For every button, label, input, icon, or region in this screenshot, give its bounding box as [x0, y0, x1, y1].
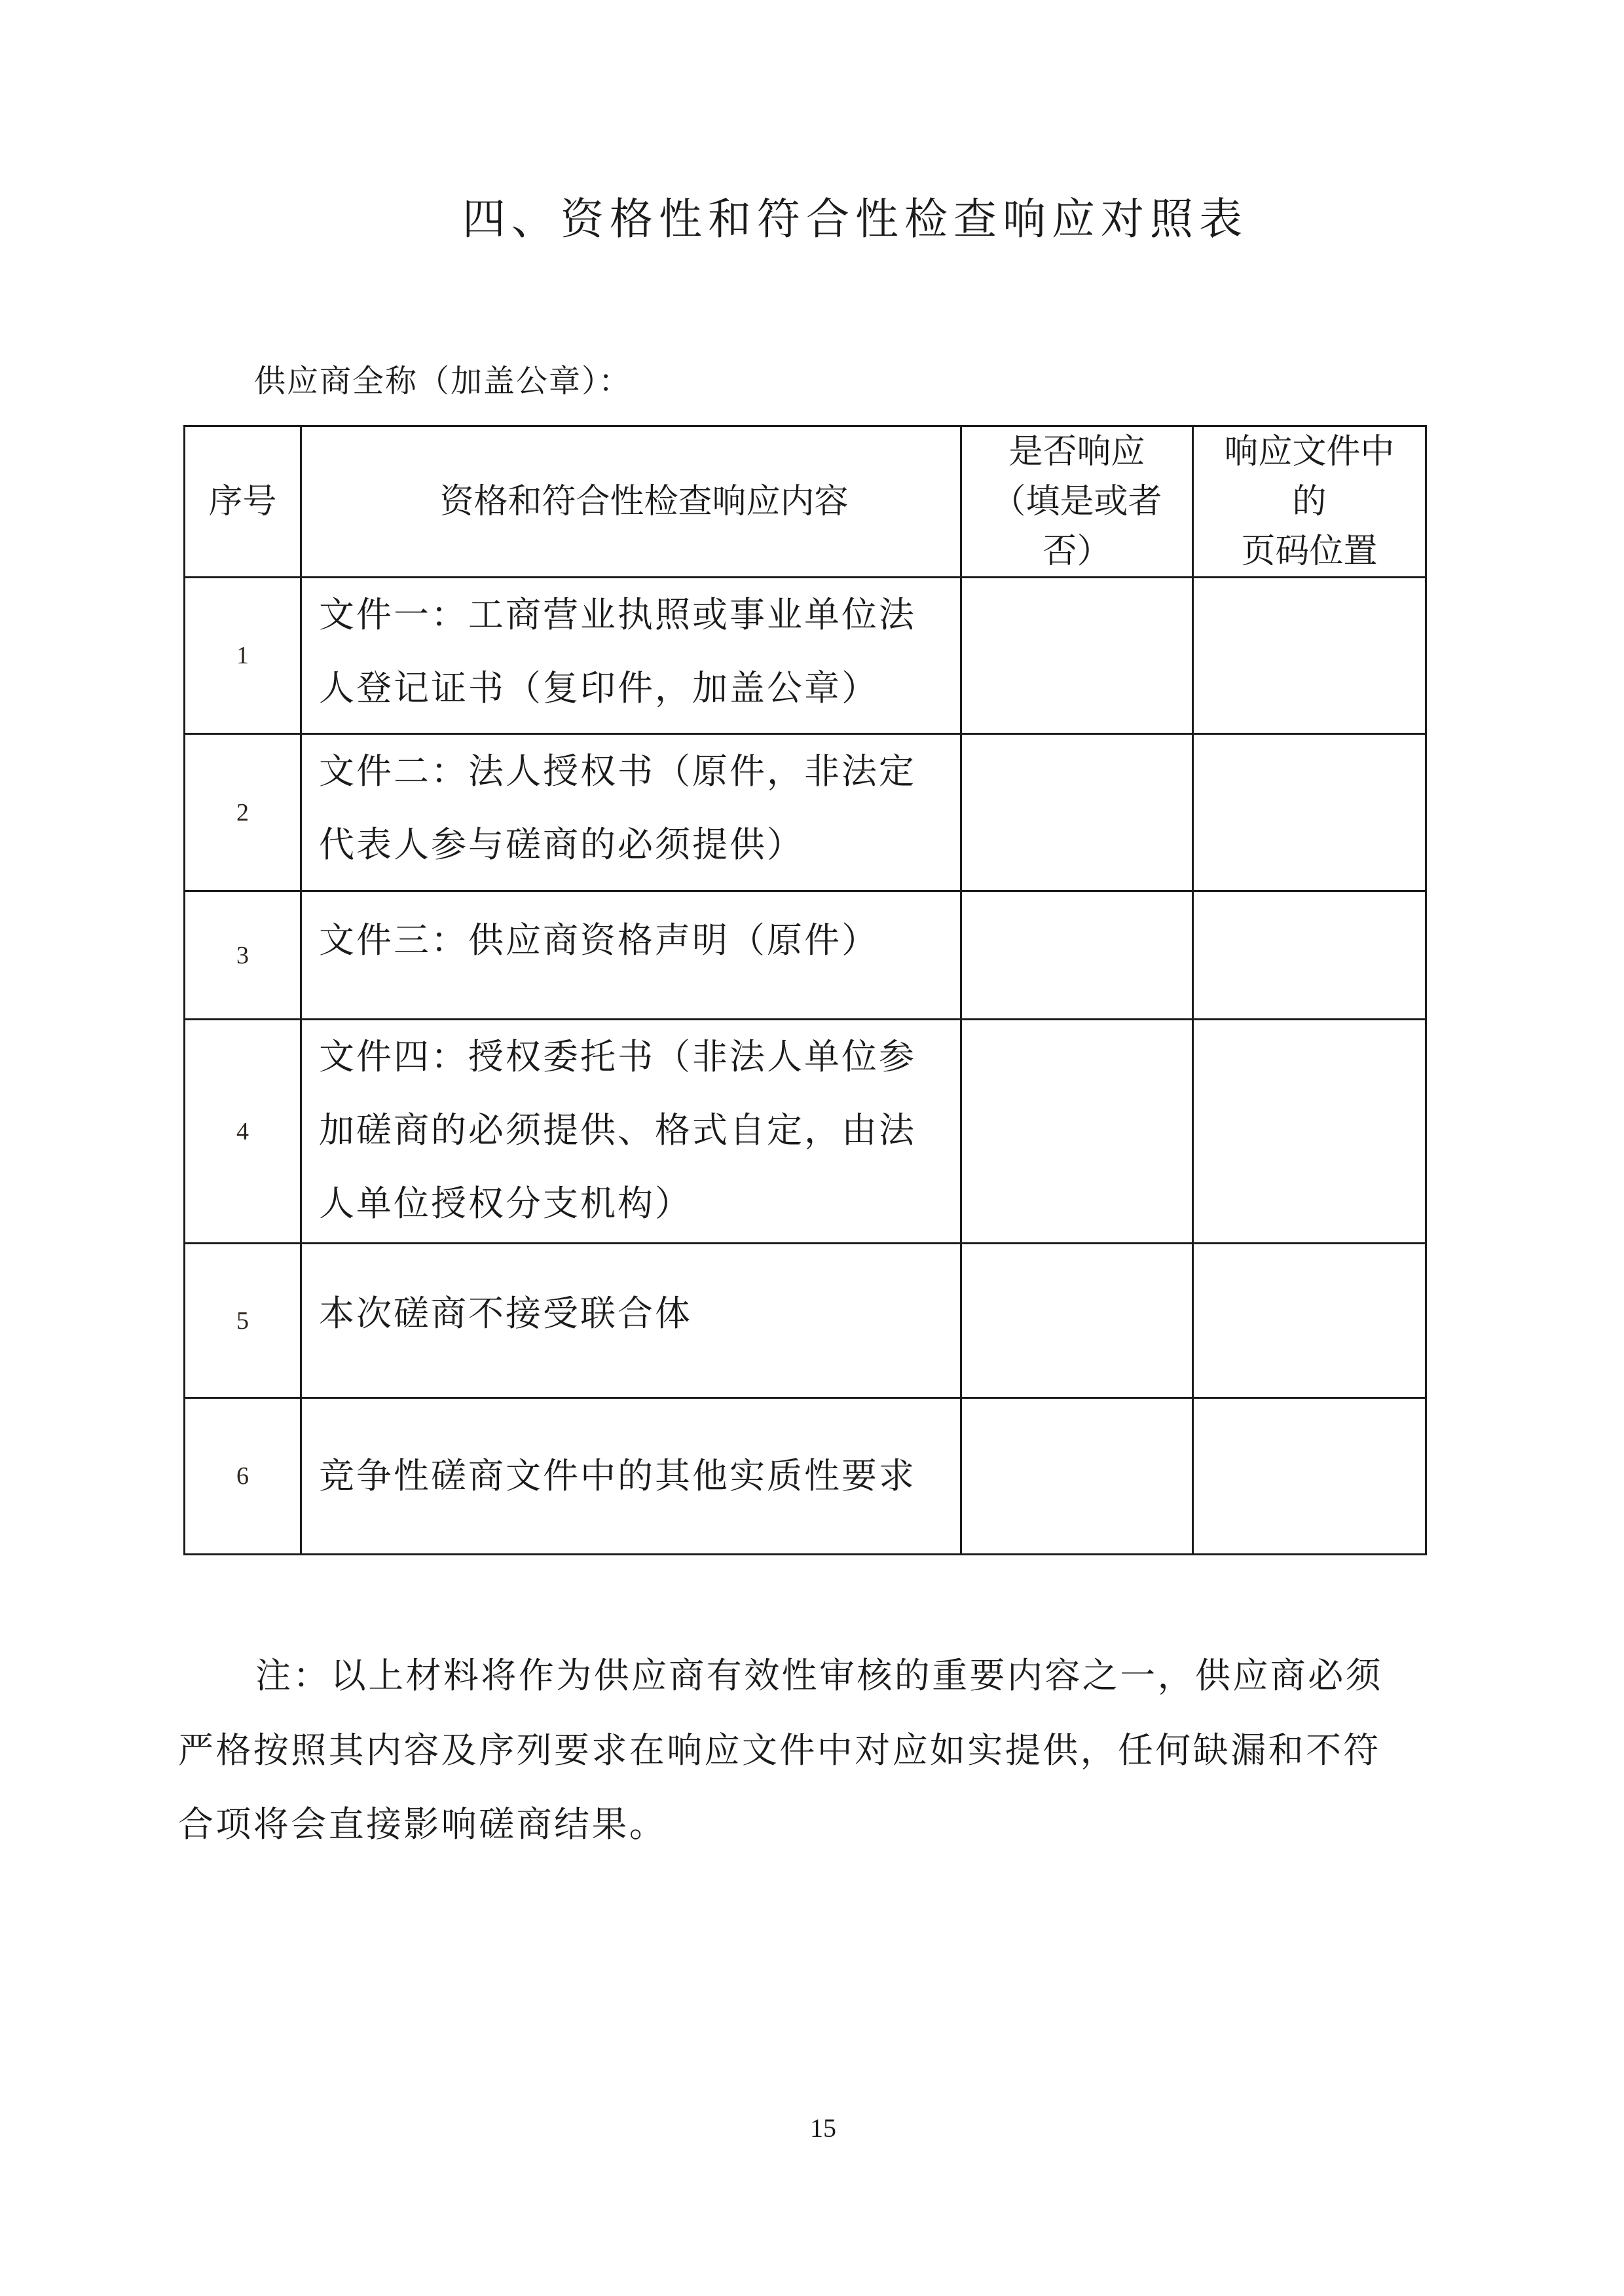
note-paragraph: 注：以上材料将作为供应商有效性审核的重要内容之一，供应商必须 严格按照其内容及序…: [178, 1639, 1422, 1862]
header-response: 是否响应 （填是或者 否）: [961, 426, 1193, 578]
row-content: 文件四：授权委托书（非法人单位参 加磋商的必须提供、格式自定，由法 人单位授权分…: [301, 1020, 961, 1244]
supplier-name-label: 供应商全称（加盖公章）：: [254, 361, 631, 401]
row-seq: 2: [185, 734, 301, 891]
header-response-line: 否）: [962, 527, 1192, 576]
row-page-cell[interactable]: [1193, 1020, 1426, 1244]
table-row: 5 本次磋商不接受联合体: [185, 1244, 1426, 1398]
header-seq: 序号: [185, 426, 301, 578]
row-response-cell[interactable]: [961, 891, 1193, 1020]
header-page-line: 响应文件中: [1194, 427, 1425, 477]
page-number: 15: [0, 2115, 1624, 2141]
row-response-cell[interactable]: [961, 1020, 1193, 1244]
content-line: 文件四：授权委托书（非法人单位参: [319, 1020, 952, 1094]
header-page-line: 的: [1194, 477, 1425, 527]
table-row: 4 文件四：授权委托书（非法人单位参 加磋商的必须提供、格式自定，由法 人单位授…: [185, 1020, 1426, 1244]
table-header-row: 序号 资格和符合性检查响应内容 是否响应 （填是或者 否） 响应文件中 的 页码…: [185, 426, 1426, 578]
row-response-cell[interactable]: [961, 578, 1193, 734]
row-seq: 5: [185, 1244, 301, 1398]
row-seq: 1: [185, 578, 301, 734]
header-page-line: 页码位置: [1194, 527, 1425, 576]
header-response-line: 是否响应: [962, 427, 1192, 477]
row-page-cell[interactable]: [1193, 891, 1426, 1020]
header-response-line: （填是或者: [962, 477, 1192, 527]
note-line: 严格按照其内容及序列要求在响应文件中对应如实提供，任何缺漏和不符: [178, 1713, 1422, 1788]
note-line: 注：以上材料将作为供应商有效性审核的重要内容之一，供应商必须: [178, 1639, 1422, 1713]
row-content: 文件三：供应商资格声明（原件）: [301, 891, 961, 1020]
row-response-cell[interactable]: [961, 1244, 1193, 1398]
content-line: 代表人参与磋商的必须提供）: [319, 808, 952, 881]
table-row: 3 文件三：供应商资格声明（原件）: [185, 891, 1426, 1020]
page-title: 四、资格性和符合性检查响应对照表: [0, 194, 1624, 245]
compliance-check-table: 序号 资格和符合性检查响应内容 是否响应 （填是或者 否） 响应文件中 的 页码…: [183, 425, 1427, 1555]
row-content: 文件二：法人授权书（原件，非法定 代表人参与磋商的必须提供）: [301, 734, 961, 891]
table-row: 2 文件二：法人授权书（原件，非法定 代表人参与磋商的必须提供）: [185, 734, 1426, 891]
content-line: 人单位授权分支机构）: [319, 1167, 952, 1240]
table-row: 6 竞争性磋商文件中的其他实质性要求: [185, 1398, 1426, 1555]
row-page-cell[interactable]: [1193, 1244, 1426, 1398]
row-seq: 3: [185, 891, 301, 1020]
row-response-cell[interactable]: [961, 1398, 1193, 1555]
content-line: 加磋商的必须提供、格式自定，由法: [319, 1094, 952, 1167]
table-row: 1 文件一：工商营业执照或事业单位法 人登记证书（复印件，加盖公章）: [185, 578, 1426, 734]
row-page-cell[interactable]: [1193, 1398, 1426, 1555]
content-line: 本次磋商不接受联合体: [319, 1277, 952, 1350]
row-content: 竞争性磋商文件中的其他实质性要求: [301, 1398, 961, 1555]
row-content: 文件一：工商营业执照或事业单位法 人登记证书（复印件，加盖公章）: [301, 578, 961, 734]
content-line: 文件三：供应商资格声明（原件）: [319, 904, 952, 977]
row-page-cell[interactable]: [1193, 578, 1426, 734]
row-content: 本次磋商不接受联合体: [301, 1244, 961, 1398]
header-page-location: 响应文件中 的 页码位置: [1193, 426, 1426, 578]
note-line: 合项将会直接影响磋商结果。: [178, 1787, 1422, 1862]
row-page-cell[interactable]: [1193, 734, 1426, 891]
content-line: 人登记证书（复印件，加盖公章）: [319, 652, 952, 725]
content-line: 文件一：工商营业执照或事业单位法: [319, 578, 952, 652]
row-seq: 6: [185, 1398, 301, 1555]
row-seq: 4: [185, 1020, 301, 1244]
content-line: 竞争性磋商文件中的其他实质性要求: [319, 1439, 952, 1513]
content-line: 文件二：法人授权书（原件，非法定: [319, 735, 952, 808]
header-content: 资格和符合性检查响应内容: [301, 426, 961, 578]
row-response-cell[interactable]: [961, 734, 1193, 891]
